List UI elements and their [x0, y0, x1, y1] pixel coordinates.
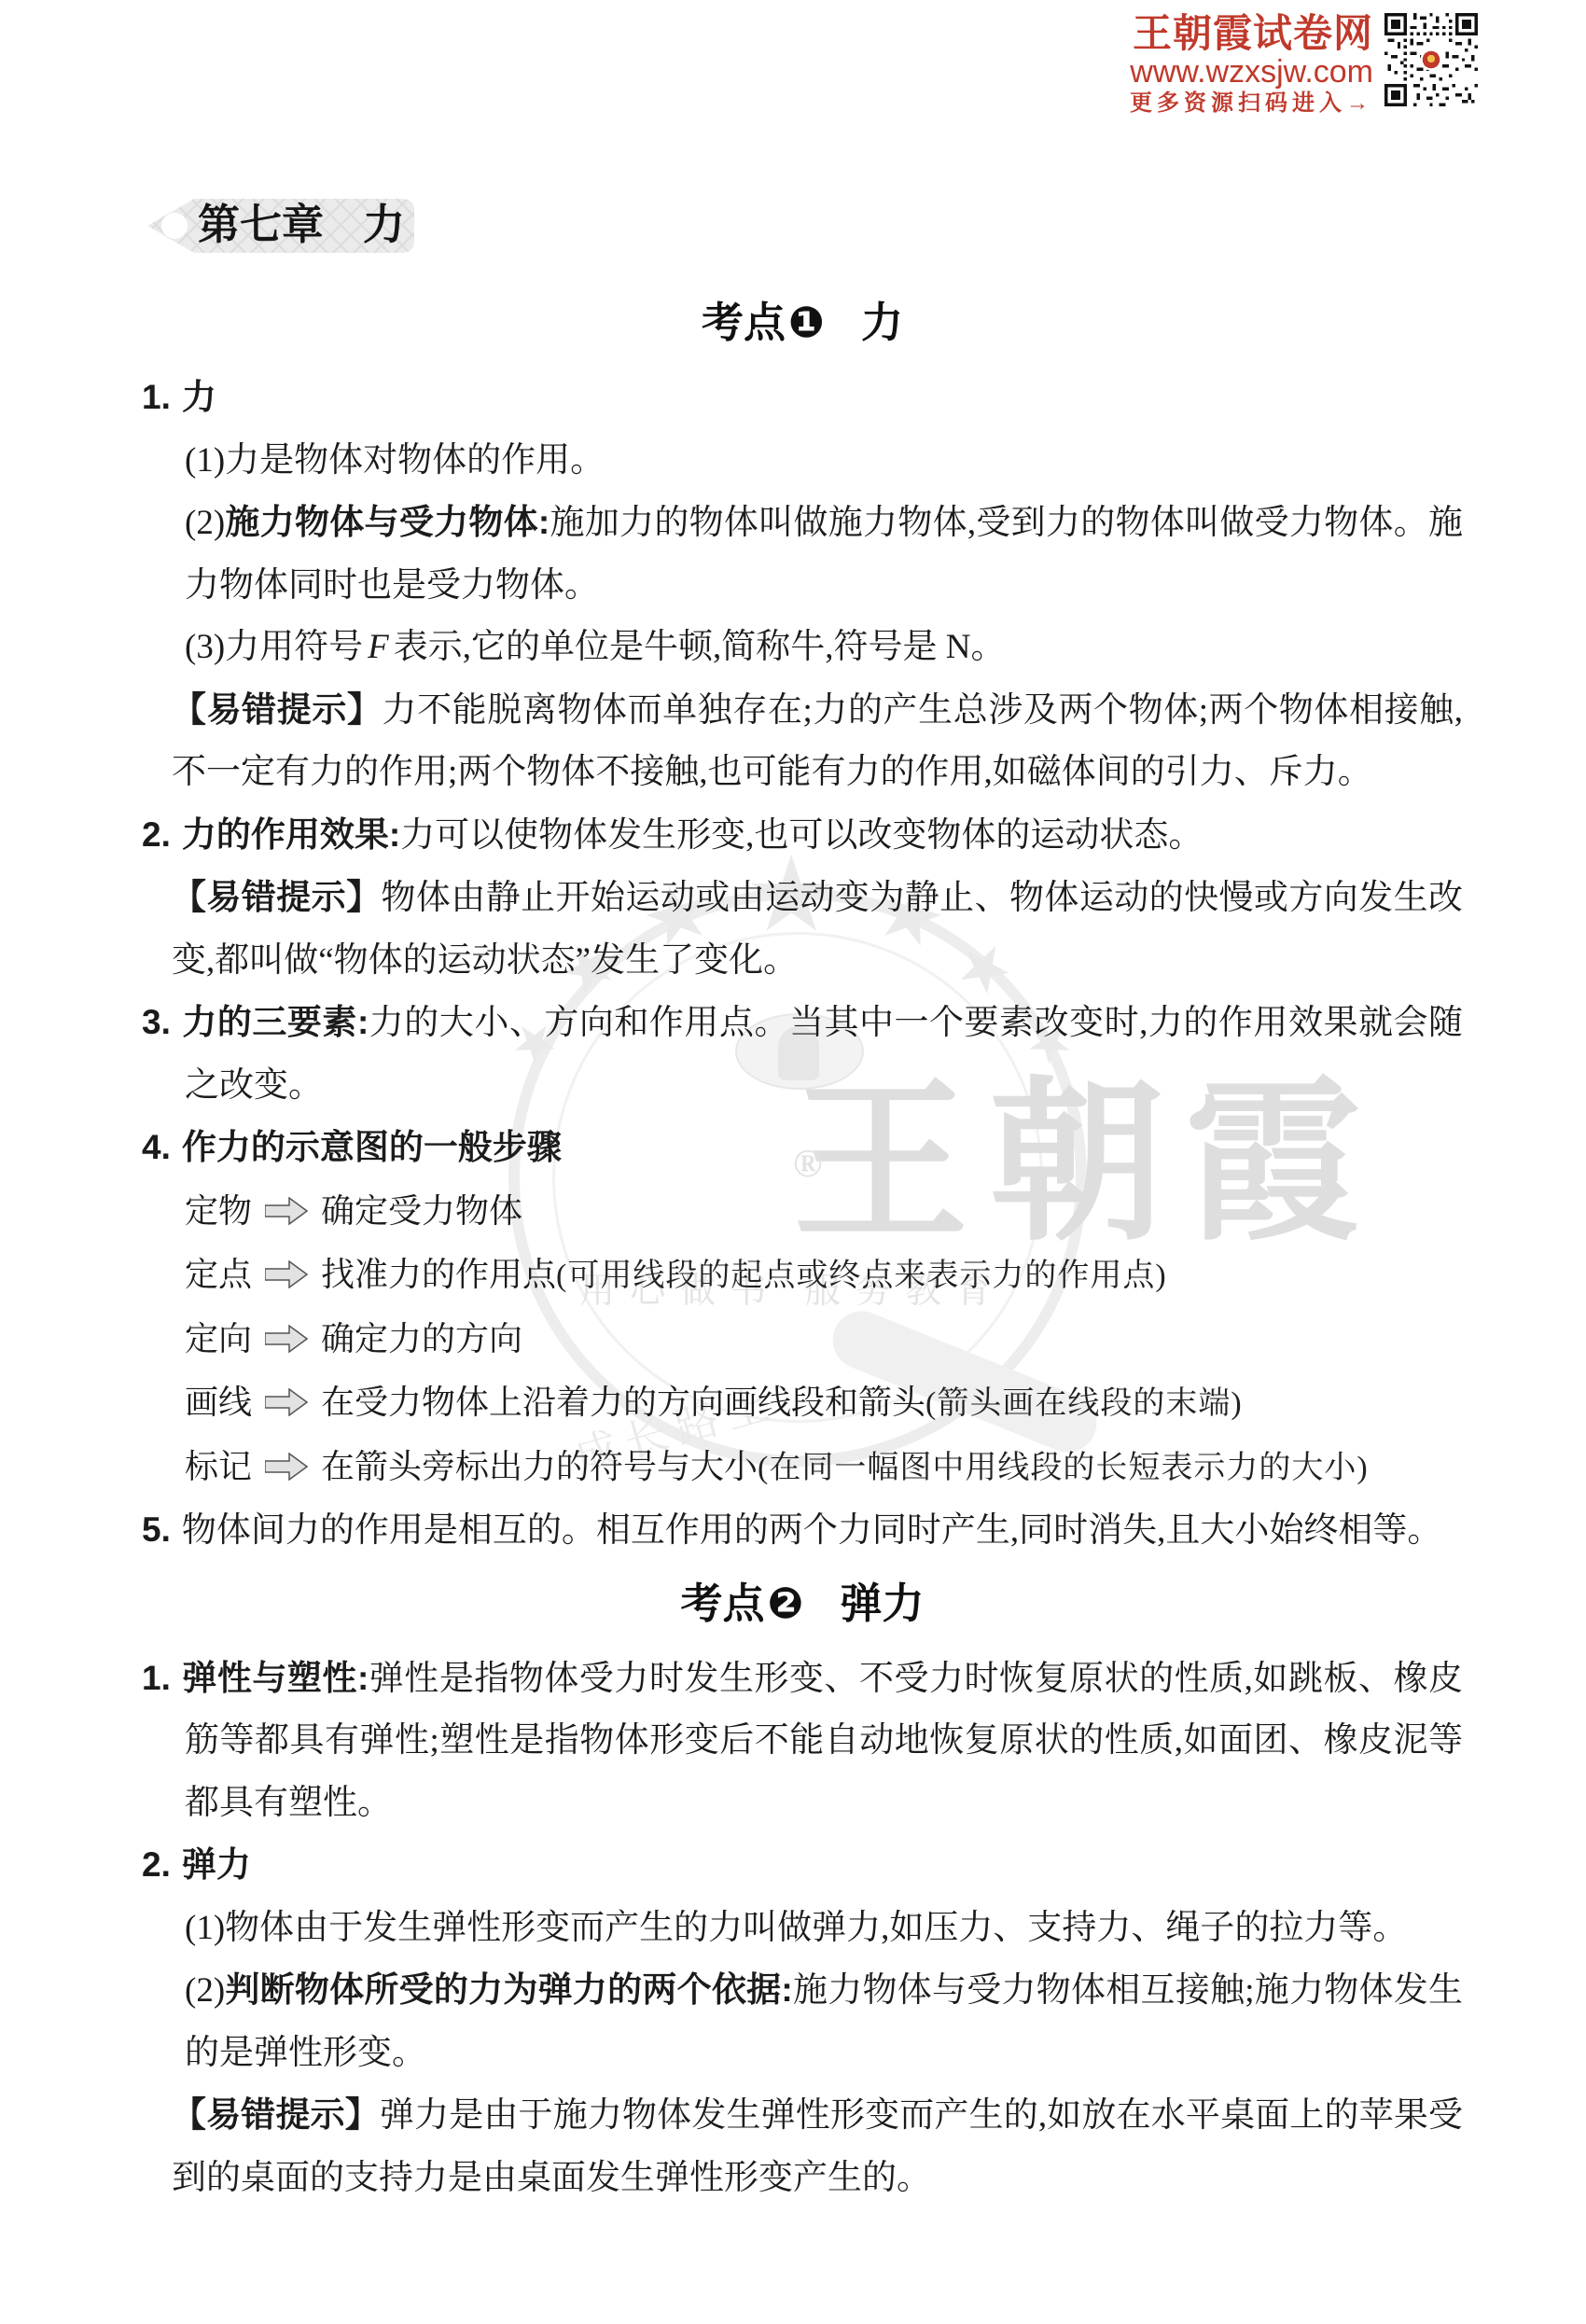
- website-url: www.wzxsjw.com: [1130, 54, 1373, 90]
- item-number: 4.: [142, 1128, 171, 1166]
- step-label: 画线: [185, 1384, 252, 1421]
- item-number: 2.: [142, 1845, 171, 1884]
- sub-label: 施力物体与受力物体:: [225, 503, 550, 541]
- step-text: 在受力物体上沿着力的方向画线段和箭头: [321, 1384, 925, 1421]
- brand-name: 王朝霞试卷网: [1133, 13, 1373, 54]
- sub-label: 判断物体所受的力为弹力的两个依据:: [225, 1970, 793, 2009]
- item-title: 力: [182, 378, 216, 416]
- header-logo-texts: 王朝霞试卷网 www.wzxsjw.com 更多资源扫码进入→: [1130, 13, 1373, 118]
- item-number: 1.: [142, 1659, 171, 1697]
- sub-item: (1)力是物体对物体的作用。: [185, 430, 1463, 493]
- step-text: 找准力的作用点: [321, 1256, 556, 1293]
- item-text: 力可以使物体发生形变,也可以改变物体的运动状态。: [400, 816, 1203, 855]
- item-number: 3.: [142, 1003, 171, 1041]
- sub-prefix: (3): [185, 628, 225, 666]
- list-item: 2.力的作用效果:力可以使物体发生形变,也可以改变物体的运动状态。: [142, 804, 1463, 868]
- force-symbol: F: [363, 628, 394, 666]
- step-row: 定物确定受力物体: [185, 1180, 1463, 1245]
- kaodian-label: 考点: [681, 1579, 765, 1627]
- kaodian-title: 力: [861, 299, 903, 346]
- step-text: 在箭头旁标出力的符号与大小: [321, 1448, 758, 1485]
- step-row: 定点找准力的作用点(可用线段的起点或终点来表示力的作用点): [185, 1244, 1463, 1308]
- sub-item: (1)物体由于发生弹性形变而产生的力叫做弹力,如压力、支持力、绳子的拉力等。: [185, 1898, 1463, 1960]
- list-item: 1.力: [142, 367, 1463, 430]
- step-label: 定物: [185, 1192, 252, 1230]
- sub-item: (3)力用符号F表示,它的单位是牛顿,简称牛,符号是 N。: [185, 617, 1463, 679]
- tip-label: 【易错提示】: [172, 878, 382, 916]
- item-text: 弹性是指物体受力时发生形变、不受力时恢复原状的性质,如跳板、橡皮筋等都具有弹性;…: [185, 1660, 1463, 1822]
- block-arrow-right-icon: [265, 1260, 308, 1288]
- page-content: 考点❶力 1.力 (1)力是物体对物体的作用。 (2)施力物体与受力物体:施加力…: [142, 291, 1463, 2209]
- item-number: 1.: [142, 378, 171, 416]
- step-row: 标记在箭头旁标出力的符号与大小(在同一幅图中用线段的长短表示力的大小): [185, 1436, 1463, 1500]
- kaodian-title: 弹力: [840, 1579, 924, 1627]
- circled-1-icon: ❶: [786, 298, 828, 346]
- tip-label: 【易错提示】: [172, 690, 383, 729]
- item-label: 作力的示意图的一般步骤: [182, 1128, 562, 1166]
- item-label: 力的作用效果:: [182, 815, 400, 854]
- sub-text: 物体由于发生弹性形变而产生的力叫做弹力,如压力、支持力、绳子的拉力等。: [225, 1909, 1407, 1947]
- kaodian-label: 考点: [702, 299, 786, 346]
- step-text: 确定力的方向: [321, 1320, 522, 1357]
- item-number: 5.: [142, 1510, 171, 1549]
- step-row: 定向确定力的方向: [185, 1308, 1463, 1372]
- item-text: 物体间力的作用是相互的。相互作用的两个力同时产生,同时消失,且大小始终相等。: [182, 1511, 1442, 1550]
- section-heading-1: 考点❶力: [142, 291, 1463, 354]
- item-label: 弹性与塑性:: [182, 1659, 369, 1697]
- block-arrow-right-icon: [265, 1197, 308, 1225]
- step-label: 标记: [185, 1448, 252, 1485]
- block-arrow-right-icon: [265, 1325, 308, 1353]
- tip-item: 【易错提示】弹力是由于施力物体发生弹性形变而产生的,如放在水平桌面上的苹果受到的…: [172, 2084, 1463, 2209]
- list-item: 3.力的三要素:力的大小、方向和作用点。当其中一个要素改变时,力的作用效果就会随…: [142, 992, 1463, 1117]
- sub-prefix: (2): [185, 1971, 225, 2010]
- sub-item: (2)施力物体与受力物体:施加力的物体叫做施力物体,受到力的物体叫做受力物体。施…: [185, 492, 1463, 617]
- sub-text: 力用符号: [225, 628, 363, 666]
- circled-2-icon: ❷: [765, 1579, 807, 1627]
- chapter-tag: 第七章力: [146, 194, 418, 257]
- sub-text: 表示,它的单位是牛顿,简称牛,符号是 N。: [394, 628, 1006, 666]
- list-item: 1.弹性与塑性:弹性是指物体受力时发生形变、不受力时恢复原状的性质,如跳板、橡皮…: [142, 1648, 1463, 1835]
- tip-label: 【易错提示】: [172, 2095, 380, 2134]
- item-number: 2.: [142, 815, 171, 854]
- item-label: 力的三要素:: [182, 1003, 369, 1041]
- sub-prefix: (2): [185, 504, 225, 542]
- scan-qr-tagline: 更多资源扫码进入→: [1130, 90, 1373, 118]
- chapter-title: 第七章力: [198, 200, 412, 250]
- qr-code-icon: [1384, 13, 1478, 106]
- sub-text: 力是物体对物体的作用。: [225, 441, 605, 480]
- chapter-number: 第七章: [198, 201, 324, 248]
- tip-item: 【易错提示】物体由静止开始运动或由运动变为静止、物体运动的快慢或方向发生改变,都…: [172, 867, 1463, 992]
- step-note: (可用线段的起点或终点来表示力的作用点): [556, 1259, 1167, 1293]
- sub-prefix: (1): [185, 1909, 225, 1947]
- section-heading-2: 考点❷弹力: [142, 1572, 1463, 1635]
- header-logo: 王朝霞试卷网 www.wzxsjw.com 更多资源扫码进入→: [1130, 13, 1478, 118]
- step-row: 画线在受力物体上沿着力的方向画线段和箭头(箭头画在线段的末端): [185, 1371, 1463, 1436]
- list-item: 4.作力的示意图的一般步骤: [142, 1117, 1463, 1180]
- step-note: (箭头画在线段的末端): [925, 1386, 1243, 1421]
- sub-prefix: (1): [185, 441, 225, 480]
- tip-item: 【易错提示】力不能脱离物体而单独存在;力的产生总涉及两个物体;两个物体相接触,不…: [172, 679, 1463, 804]
- item-title: 弹力: [182, 1845, 251, 1884]
- step-text: 确定受力物体: [321, 1192, 522, 1230]
- step-note: (在同一幅图中用线段的长短表示力的大小): [758, 1451, 1369, 1485]
- item-text: 力的大小、方向和作用点。当其中一个要素改变时,力的作用效果就会随之改变。: [185, 1004, 1463, 1105]
- list-item: 2.弹力: [142, 1834, 1463, 1898]
- step-label: 定向: [185, 1320, 252, 1357]
- block-arrow-right-icon: [265, 1453, 308, 1481]
- chapter-subject: 力: [363, 201, 405, 248]
- block-arrow-right-icon: [265, 1388, 308, 1416]
- sub-item: (2)判断物体所受的力为弹力的两个依据:施力物体与受力物体相互接触;施力物体发生…: [185, 1959, 1463, 2084]
- list-item: 5.物体间力的作用是相互的。相互作用的两个力同时产生,同时消失,且大小始终相等。: [142, 1499, 1463, 1563]
- step-label: 定点: [185, 1256, 252, 1293]
